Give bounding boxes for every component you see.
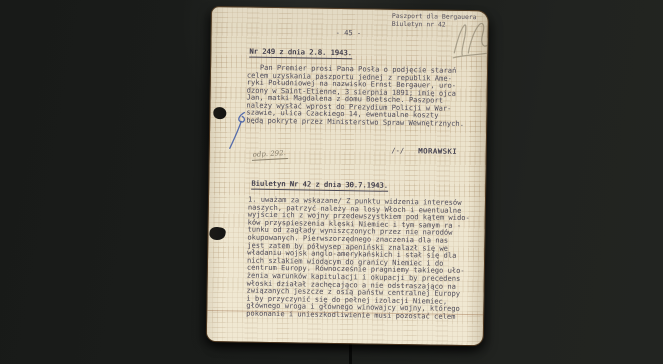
- signature-line: /-/MORAWSKI: [366, 136, 458, 164]
- hole-punch-bottom-icon: [209, 226, 227, 241]
- document-page: Paszport dla Bergauera Biuletyn nr 42 - …: [207, 7, 488, 345]
- section1-body: Pan Premier prosi Pana Posła o podjęcie …: [246, 64, 465, 128]
- section2-body: 1. uważam za wskazane/ Z punktu widzenia…: [246, 196, 470, 321]
- photo-background: Paszport dla Bergauera Biuletyn nr 42 - …: [0, 0, 663, 364]
- pencil-scribble-icon: [451, 15, 488, 62]
- pencil-annotation: odp. 292.: [251, 149, 288, 161]
- section1-heading: Nr 249 z dnia 2.8. 1943.: [249, 47, 352, 59]
- section2-heading: Biuletyn Nr 42 z dnia 30.7.1943.: [251, 179, 388, 192]
- background-seam: [349, 340, 352, 364]
- hole-punch-top-icon: [213, 107, 226, 119]
- signature-mark: /-/: [391, 146, 404, 155]
- page-number: - 45 -: [336, 28, 362, 37]
- blue-ink-checkmark-icon: [228, 109, 253, 151]
- signature-name: MORAWSKI: [418, 146, 457, 156]
